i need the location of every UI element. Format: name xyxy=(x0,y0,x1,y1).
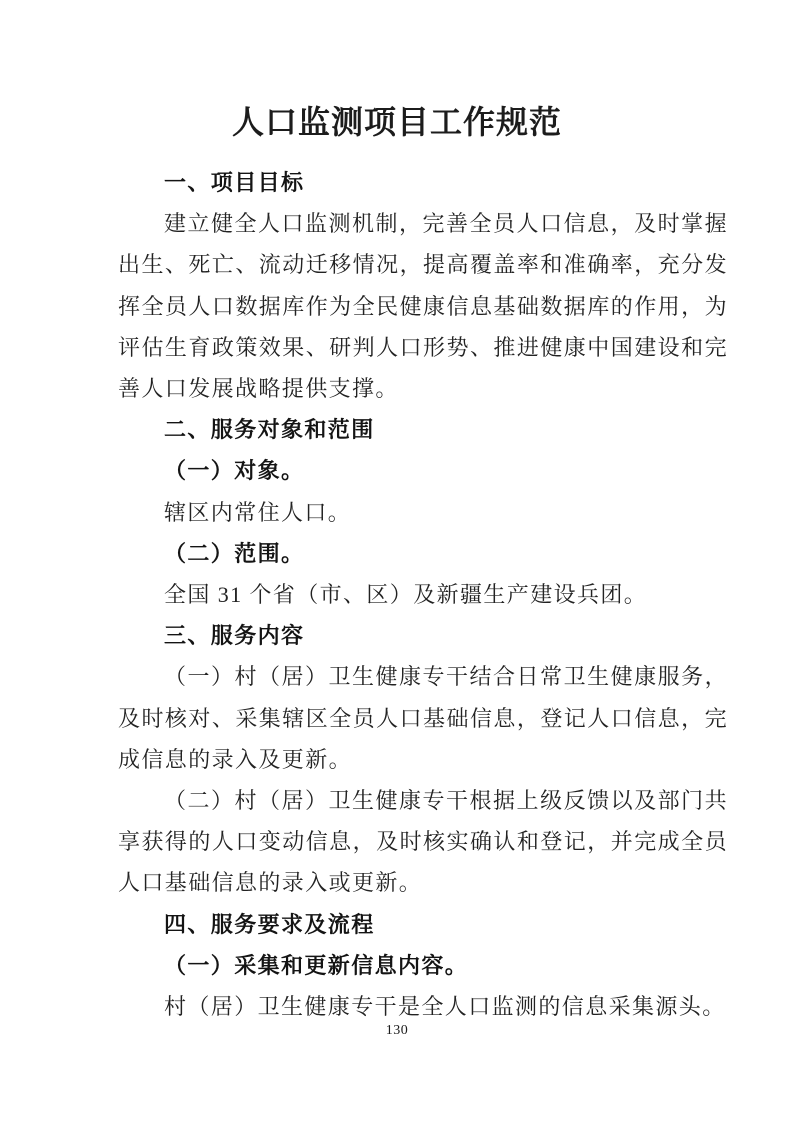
heading-project-goals: 一、项目目标 xyxy=(118,162,728,203)
heading-service-content: 三、服务内容 xyxy=(118,615,728,656)
para-project-goals: 建立健全人口监测机制，完善全员人口信息，及时掌握出生、死亡、流动迁移情况，提高覆… xyxy=(118,203,728,409)
para-scope: 全国 31 个省（市、区）及新疆生产建设兵团。 xyxy=(118,574,728,615)
document-title: 人口监测项目工作规范 xyxy=(0,102,794,142)
para-service-content-1: （一）村（居）卫生健康专干结合日常卫生健康服务，及时核对、采集辖区全员人口基础信… xyxy=(118,656,728,780)
heading-service-requirements: 四、服务要求及流程 xyxy=(118,904,728,945)
para-targets: 辖区内常住人口。 xyxy=(118,492,728,533)
subheading-scope: （二）范围。 xyxy=(118,533,728,574)
subheading-collection-content: （一）采集和更新信息内容。 xyxy=(118,945,728,986)
heading-service-targets-scope: 二、服务对象和范围 xyxy=(118,409,728,450)
document-page: 人口监测项目工作规范 一、项目目标 建立健全人口监测机制，完善全员人口信息，及时… xyxy=(0,0,794,1122)
subheading-targets: （一）对象。 xyxy=(118,450,728,491)
page-number: 130 xyxy=(0,1022,794,1040)
document-body: 一、项目目标 建立健全人口监测机制，完善全员人口信息，及时掌握出生、死亡、流动迁… xyxy=(118,162,728,1027)
para-service-content-2: （二）村（居）卫生健康专干根据上级反馈以及部门共享获得的人口变动信息，及时核实确… xyxy=(118,780,728,904)
